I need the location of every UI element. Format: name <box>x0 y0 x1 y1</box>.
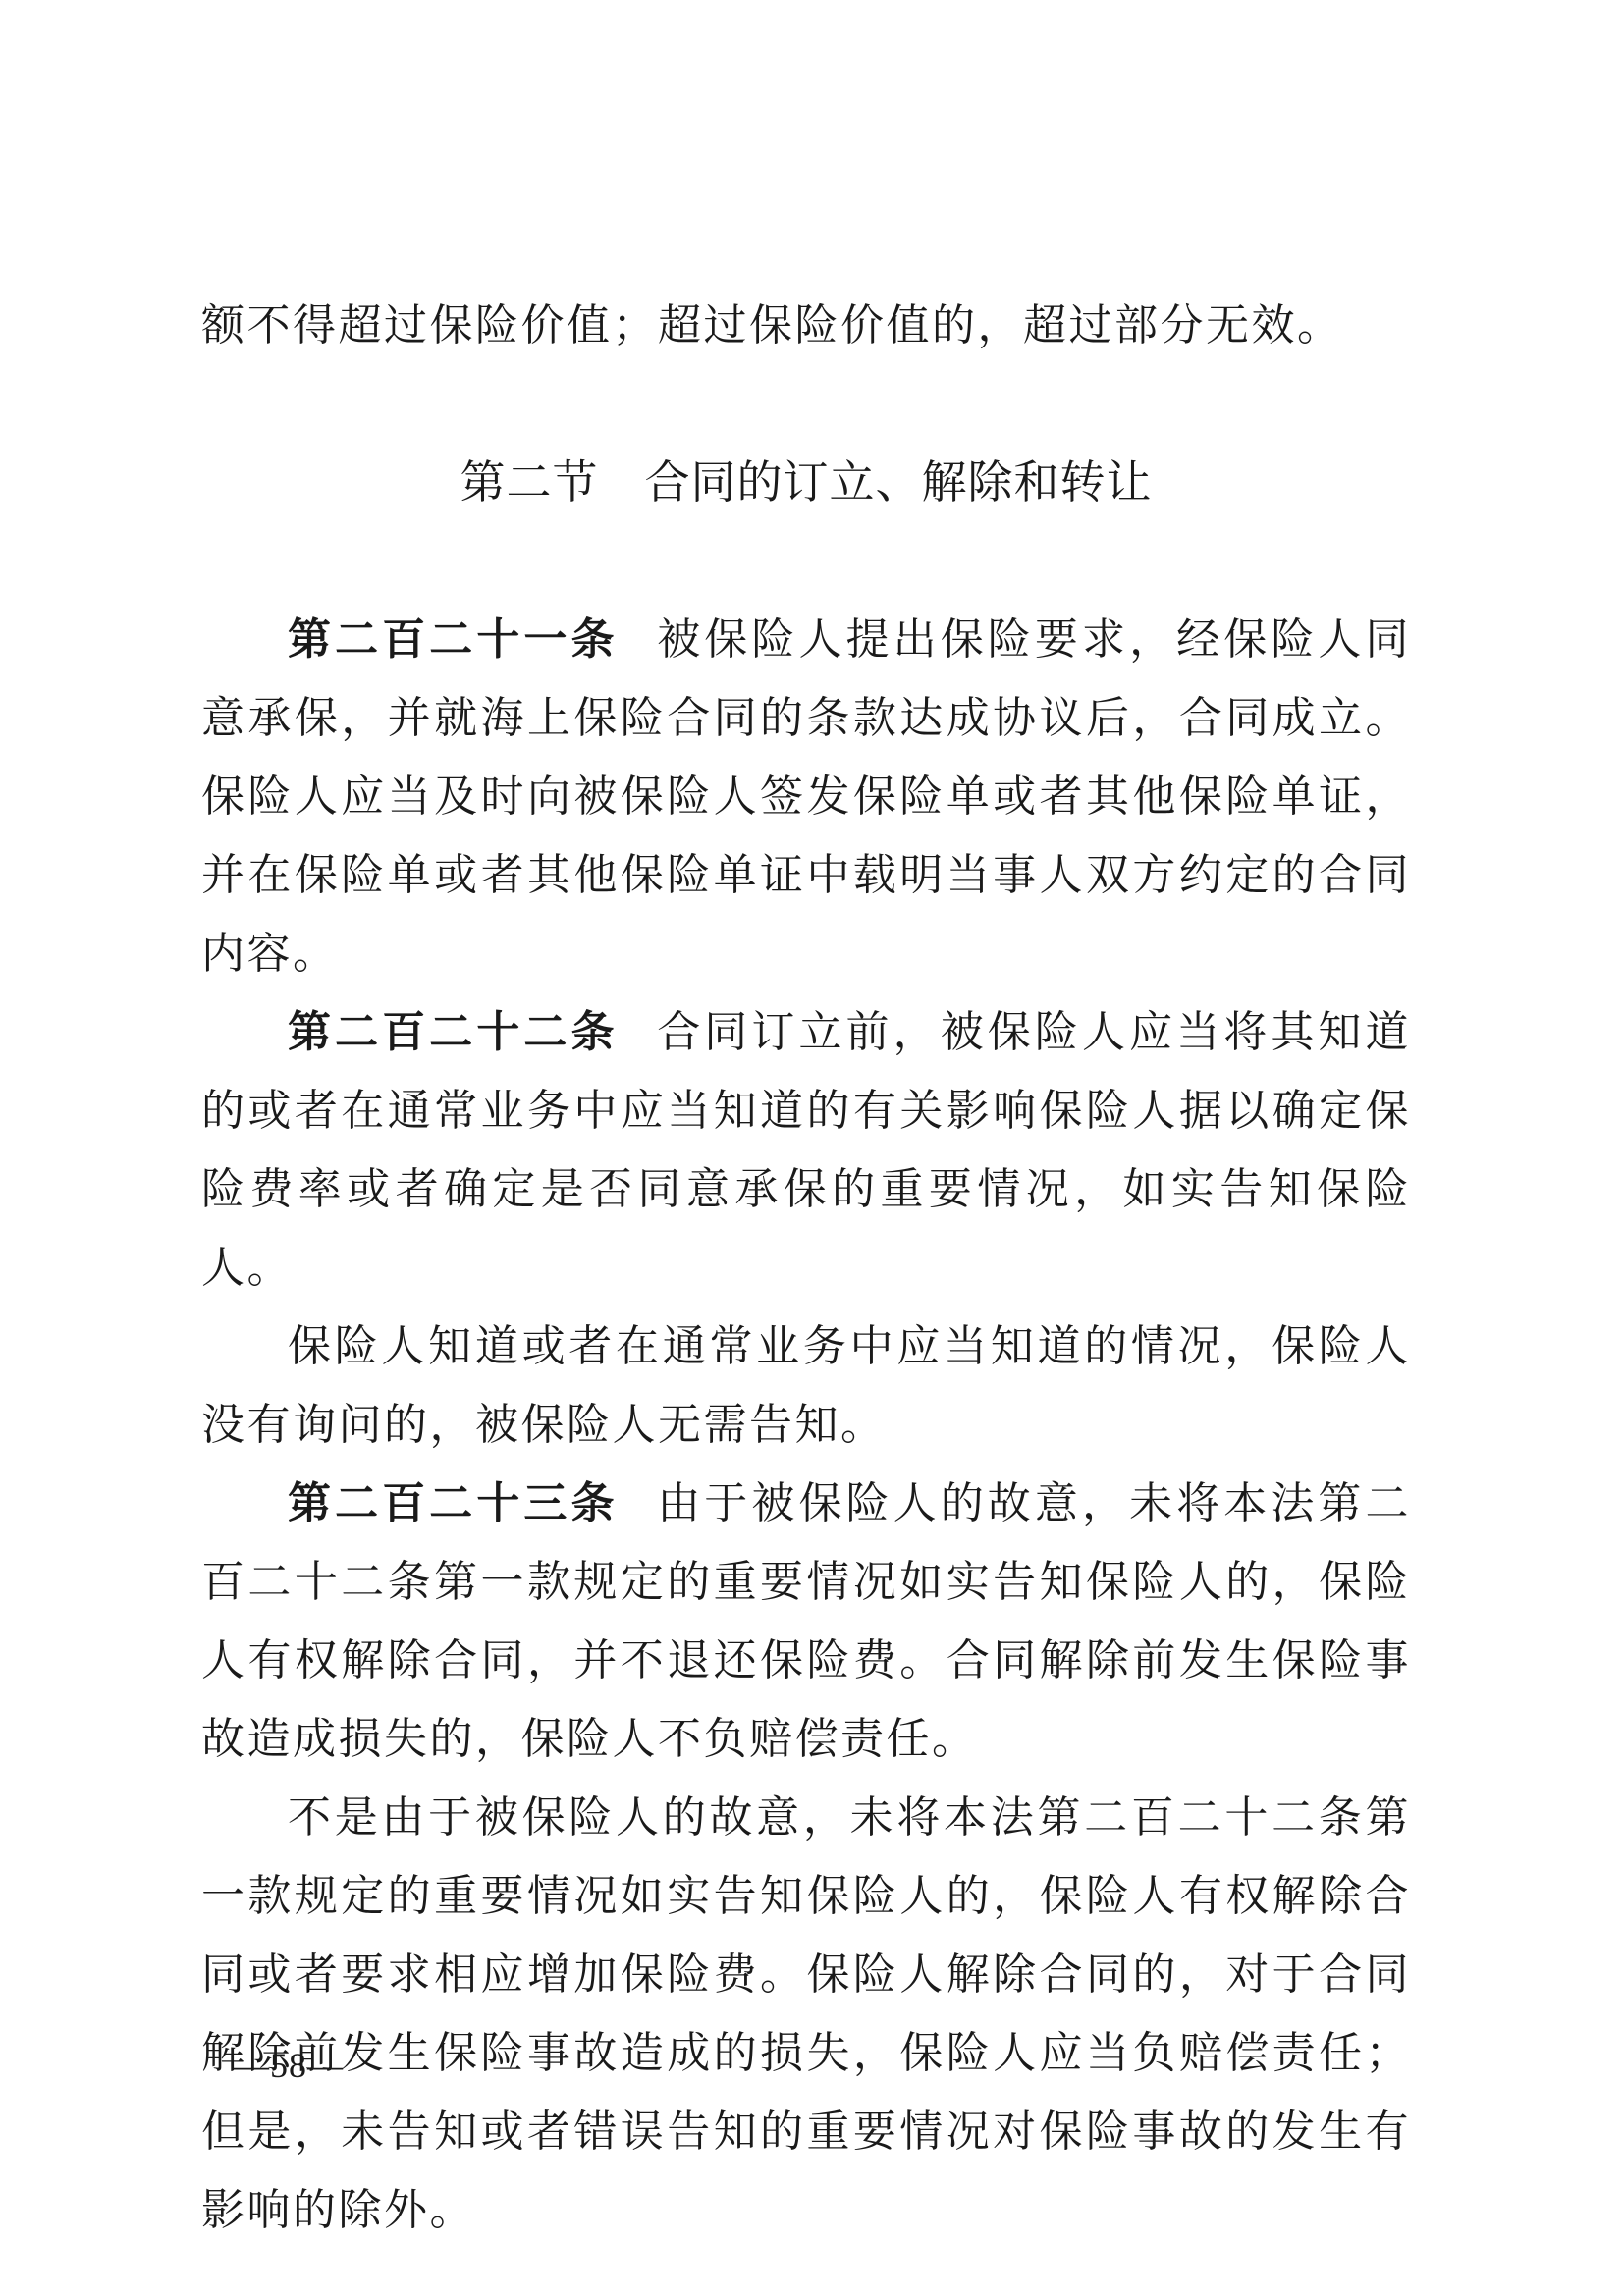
article-223-number: 第二百二十三条 <box>288 1479 619 1527</box>
article-222-paragraph-1: 第二百二十二条合同订立前，被保险人应当将其知道的或者在通常业务中应当知道的有关影… <box>201 993 1411 1308</box>
article-223-paragraph-1: 第二百二十三条由于被保险人的故意，未将本法第二百二十二条第一款规定的重要情况如实… <box>201 1465 1411 1779</box>
document-page: 额不得超过保险价值；超过保险价值的，超过部分无效。 第二节 合同的订立、解除和转… <box>0 0 1624 2296</box>
article-221-number: 第二百二十一条 <box>288 615 619 664</box>
article-222-number: 第二百二十二条 <box>288 1008 619 1056</box>
article-222-paragraph-2: 保险人知道或者在通常业务中应当知道的情况，保险人没有询问的，被保险人无需告知。 <box>201 1308 1411 1465</box>
article-221-text-1: 被保险人提出保险要求，经保险人同意承保，并就海上保险合同的条款达成协议后，合同成… <box>201 615 1411 978</box>
page-number: —58— <box>234 2044 344 2087</box>
document-content: 额不得超过保险价值；超过保险价值的，超过部分无效。 第二节 合同的订立、解除和转… <box>201 287 1411 2250</box>
continuation-paragraph: 额不得超过保险价值；超过保险价值的，超过部分无效。 <box>201 287 1411 365</box>
article-223-paragraph-2: 不是由于被保险人的故意，未将本法第二百二十二条第一款规定的重要情况如实告知保险人… <box>201 1779 1411 2250</box>
section-heading: 第二节 合同的订立、解除和转让 <box>201 444 1411 522</box>
article-221-paragraph-1: 第二百二十一条被保险人提出保险要求，经保险人同意承保，并就海上保险合同的条款达成… <box>201 601 1411 993</box>
